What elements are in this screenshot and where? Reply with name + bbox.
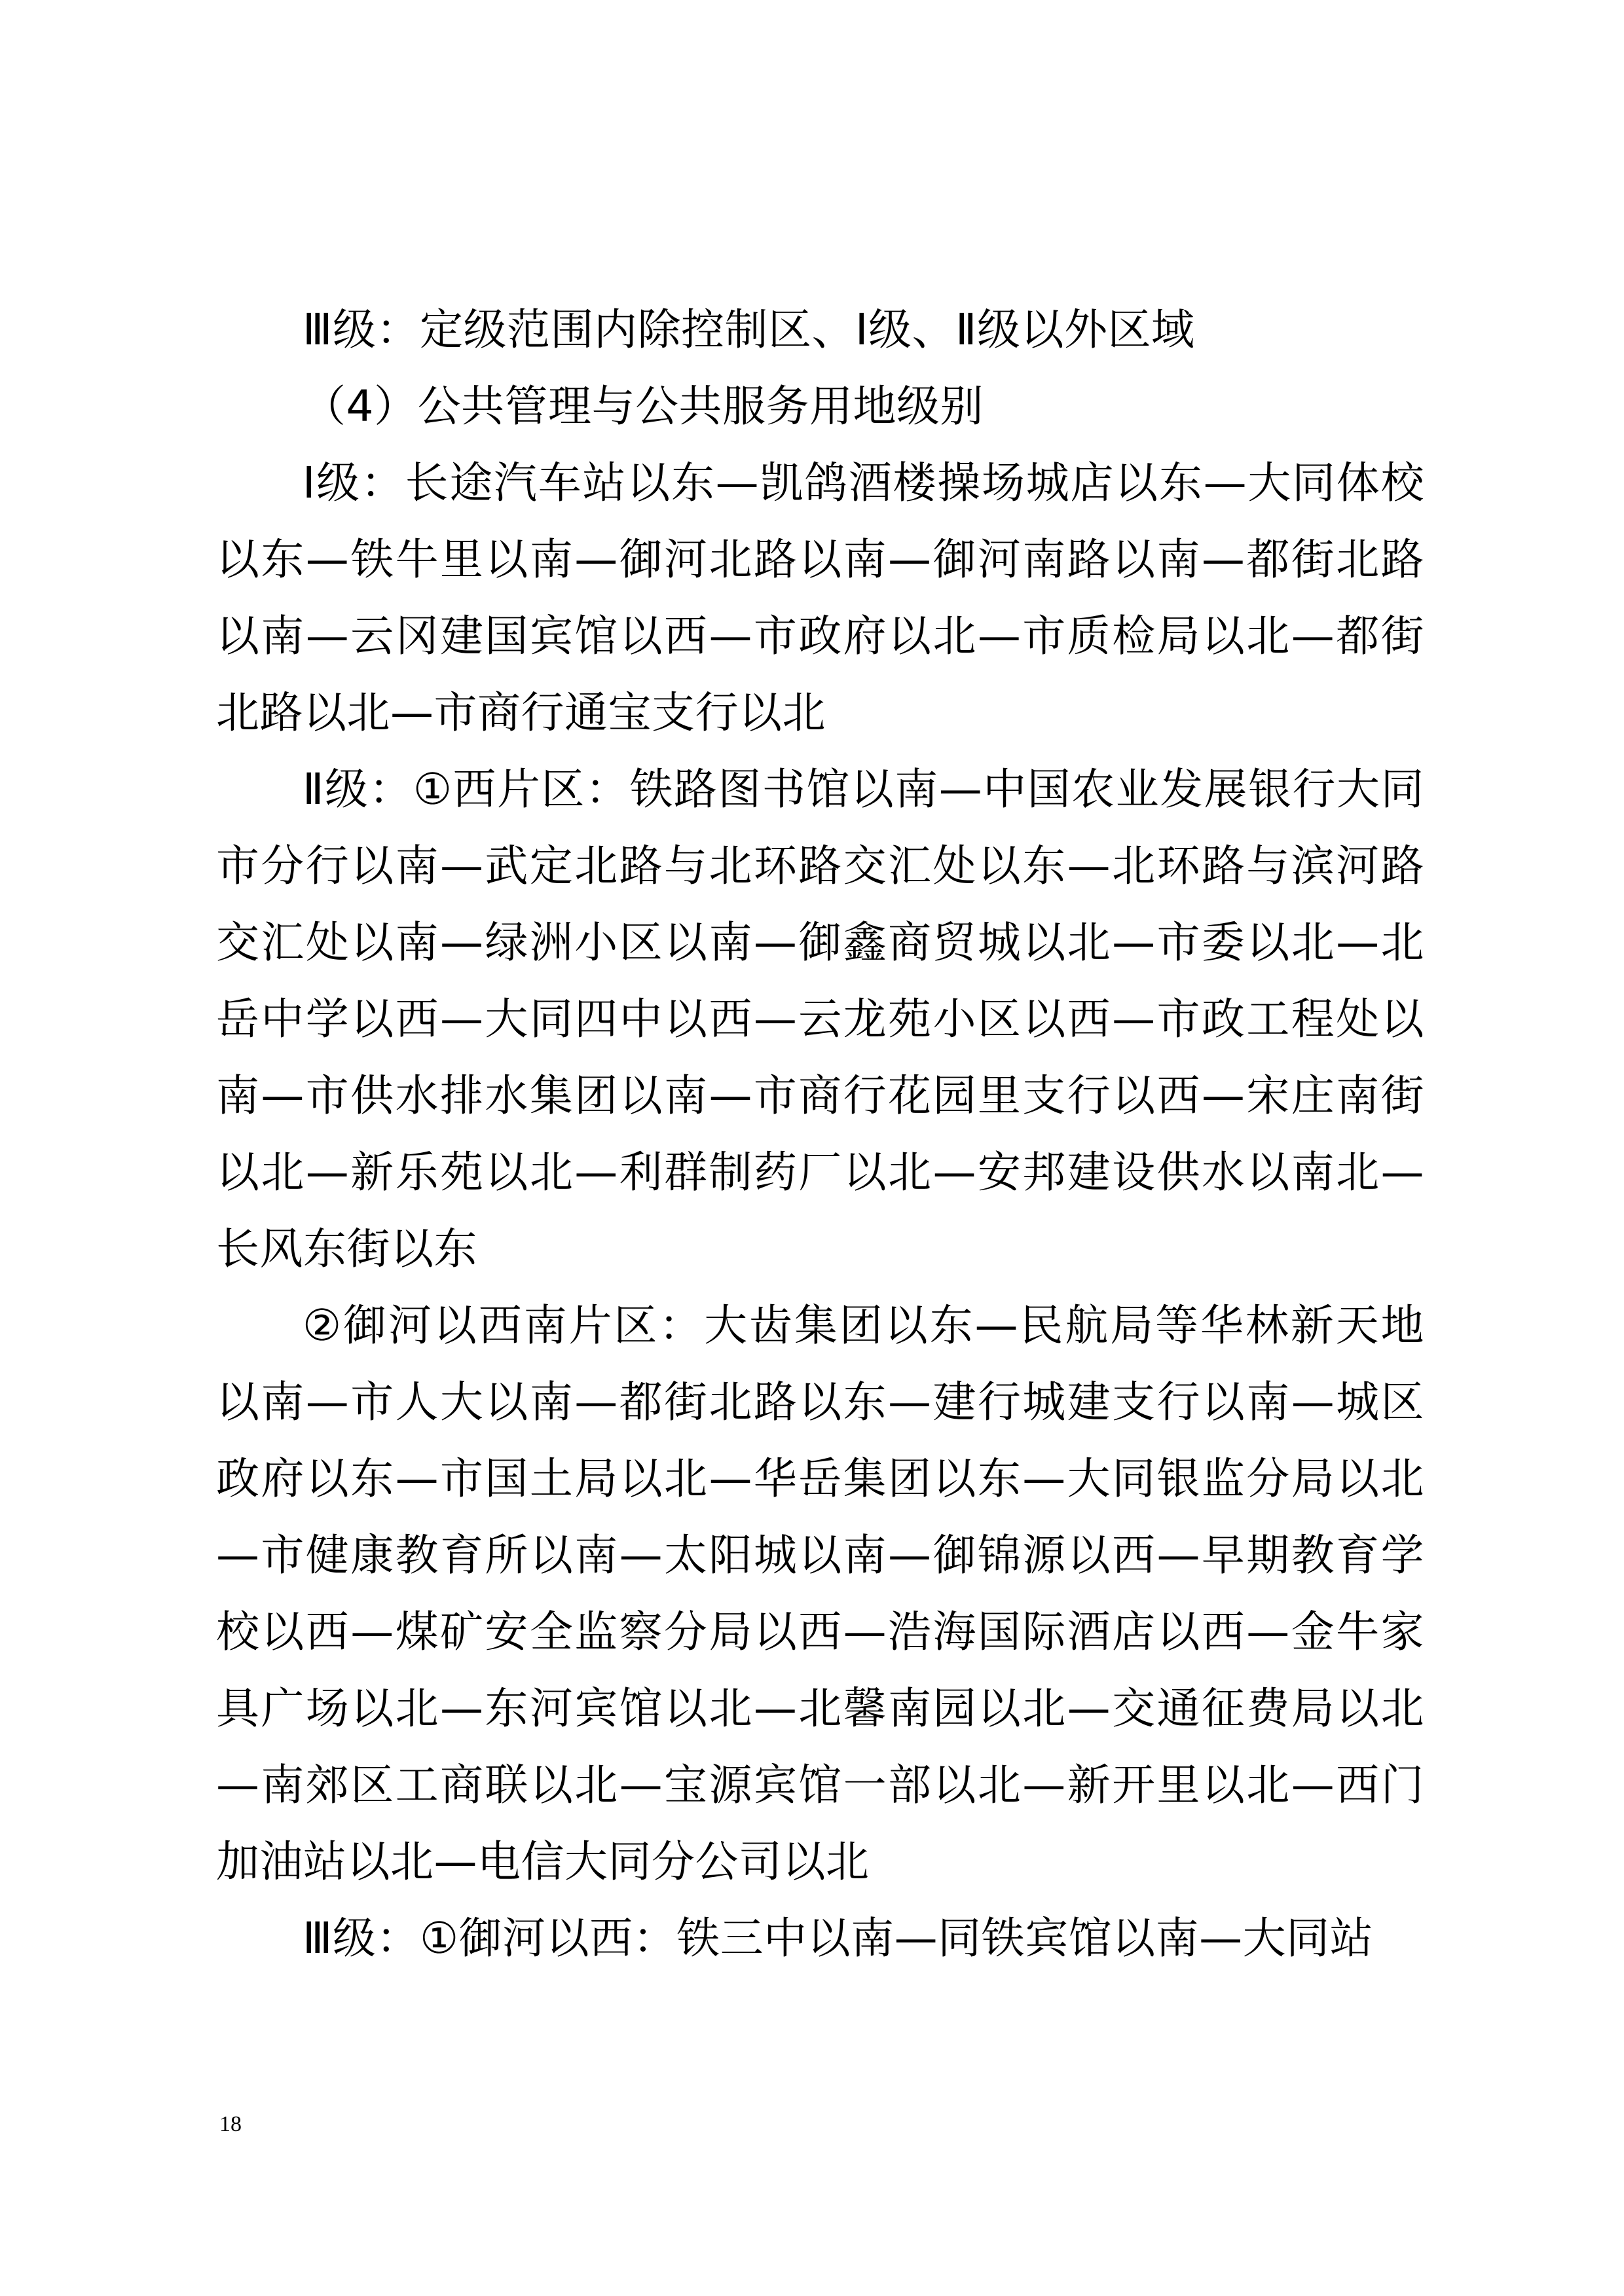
document-page: Ⅲ级：定级范围内除控制区、Ⅰ级、Ⅱ级以外区域 （4）公共管理与公共服务用地级别 …	[216, 291, 1424, 1977]
page-number: 18	[219, 2111, 242, 2138]
paragraph-level2-west-district: Ⅱ级：①西片区：铁路图书馆以南—中国农业发展银行大同市分行以南—武定北路与北环路…	[216, 751, 1424, 1287]
section-heading-public-land-levels: （4）公共管理与公共服务用地级别	[216, 368, 1424, 445]
paragraph-level3-general: Ⅲ级：定级范围内除控制区、Ⅰ级、Ⅱ级以外区域	[216, 291, 1424, 368]
paragraph-level2-southwest-district: ②御河以西南片区：大齿集团以东—民航局等华林新天地以南—市人大以南—都街北路以东…	[216, 1287, 1424, 1900]
paragraph-level3-west-of-yuhe: Ⅲ级：①御河以西：铁三中以南—同铁宾馆以南—大同站	[216, 1900, 1424, 1977]
paragraph-level1: Ⅰ级：长途汽车站以东—凯鸽酒楼操场城店以东—大同体校以东—铁牛里以南—御河北路以…	[216, 445, 1424, 751]
